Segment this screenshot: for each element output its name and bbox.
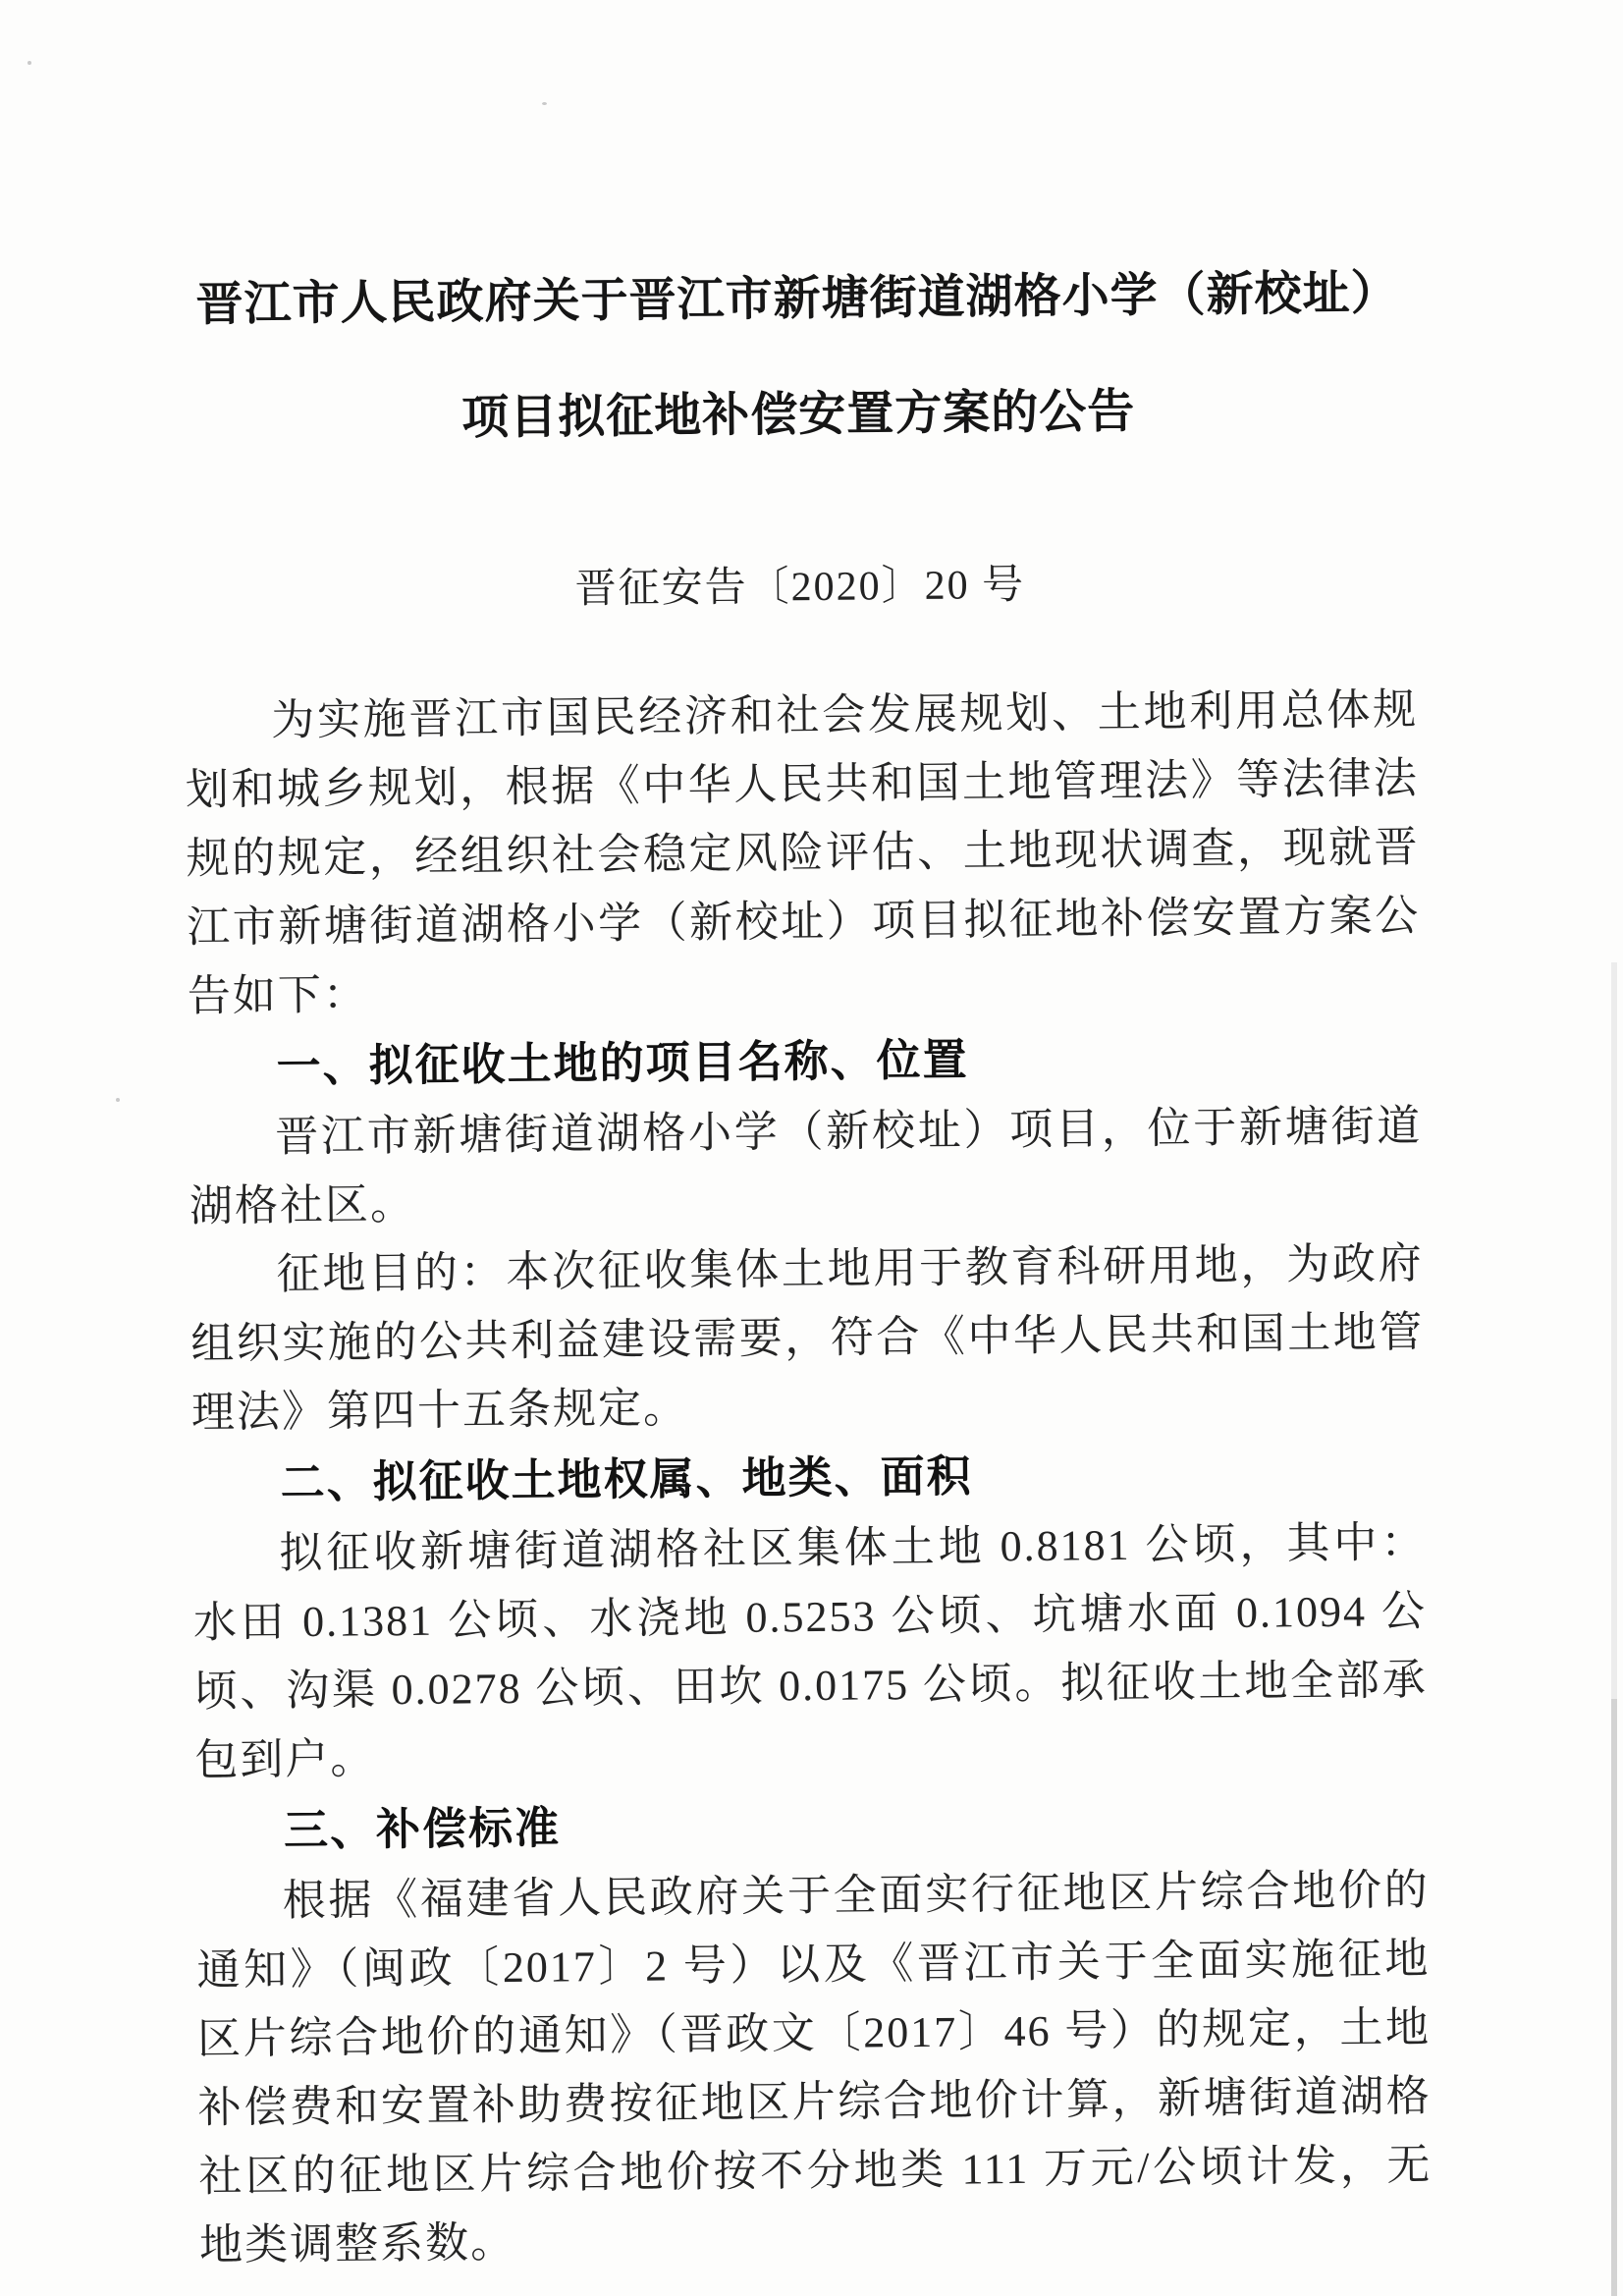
- title-line-1: 晋江市人民政府关于晋江市新塘街道湖格小学（新校址）: [181, 236, 1415, 363]
- scan-speck: [27, 61, 31, 65]
- section-heading-compensation: 三、补偿标准: [195, 1785, 1430, 1866]
- paragraph-preamble: 为实施晋江市国民经济和社会发展规划、土地利用总体规划和城乡规划，根据《中华人民共…: [185, 676, 1421, 1031]
- scan-speck: [116, 1098, 120, 1102]
- paragraph-land-area-detail: 拟征收新塘街道湖格社区集体土地 0.8181 公顷，其中：水田 0.1381 公…: [192, 1508, 1429, 1795]
- scanned-document-page: 晋江市人民政府关于晋江市新塘街道湖格小学（新校址） 项目拟征地补偿安置方案的公告…: [0, 0, 1623, 2296]
- page-title: 晋江市人民政府关于晋江市新塘街道湖格小学（新校址） 项目拟征地补偿安置方案的公告: [181, 236, 1416, 479]
- paragraph-project-location: 晋江市新塘街道湖格小学（新校址）项目，位于新塘街道湖格社区。: [189, 1092, 1423, 1241]
- title-line-2: 项目拟征地补偿安置方案的公告: [182, 352, 1416, 479]
- scan-edge-artifact: [1611, 1699, 1617, 2296]
- announcement-document: 晋江市人民政府关于晋江市新塘街道湖格小学（新校址） 项目拟征地补偿安置方案的公告…: [181, 236, 1434, 2280]
- section-heading-land-area: 二、拟征收土地权属、地类、面积: [191, 1438, 1426, 1518]
- scan-edge-artifact-faint: [1611, 962, 1617, 1699]
- document-sheet: 晋江市人民政府关于晋江市新塘街道湖格小学（新校址） 项目拟征地补偿安置方案的公告…: [0, 0, 1623, 2296]
- document-header: 晋江市人民政府关于晋江市新塘街道湖格小学（新校址） 项目拟征地补偿安置方案的公告…: [181, 236, 1418, 623]
- paragraph-land-purpose: 征地目的：本次征收集体土地用于教育科研用地，为政府组织实施的公共利益建设需要，符…: [189, 1230, 1425, 1448]
- section-heading-project-name: 一、拟征收土地的项目名称、位置: [188, 1021, 1422, 1102]
- document-body: 为实施晋江市国民经济和社会发展规划、土地利用总体规划和城乡规划，根据《中华人民共…: [185, 676, 1434, 2280]
- document-number: 晋征安告〔2020〕20 号: [184, 552, 1418, 623]
- scan-speck: [542, 102, 547, 105]
- paragraph-compensation-detail: 根据《福建省人民政府关于全面实行征地区片综合地价的通知》（闽政〔2017〕2 号…: [195, 1856, 1433, 2280]
